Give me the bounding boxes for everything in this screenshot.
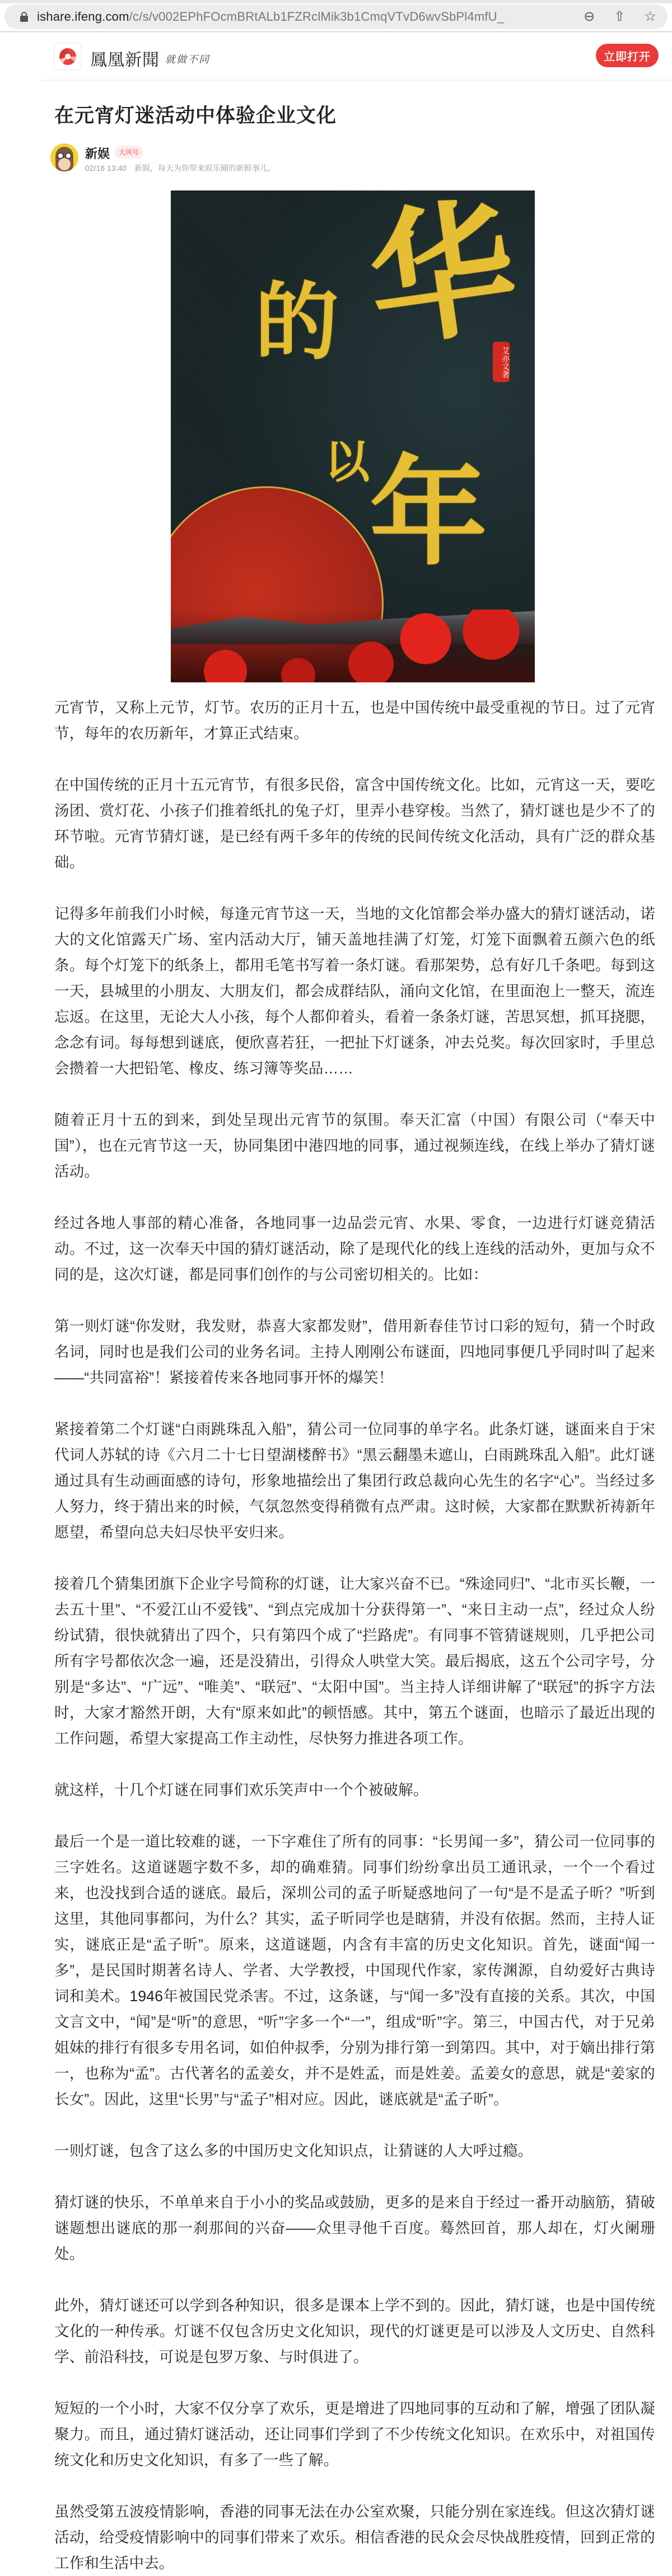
hero-calligraphy-3: 以: [325, 426, 370, 490]
ifeng-logo[interactable]: [54, 43, 82, 71]
paragraph: 短短的一个小时，大家不仅分享了欢乐，更是增进了四地同事的互动和了解，增强了团队凝…: [54, 2396, 655, 2473]
paragraph: 猜灯谜的快乐，不单单来自于小小的奖品或鼓励，更多的是来自于经过一番开动脑筋，猜破…: [54, 2189, 655, 2267]
publish-time: 02/16 13:40: [85, 164, 127, 173]
paragraph: 一则灯谜，包含了这么多的中国历史文化知识点，让猜谜的人大呼过瘾。: [54, 2138, 655, 2164]
article-body: 元宵节，又称上元节，灯节。农历的正月十五，也是中国传统中最受重视的节日。过了元宵…: [54, 695, 655, 2576]
brand-slogan: 就做不同: [165, 52, 210, 66]
phoenix-logo-icon: [59, 48, 76, 65]
open-app-button[interactable]: 立即打开: [596, 44, 659, 67]
author-avatar[interactable]: [50, 143, 78, 171]
hero-calligraphy-1: 华: [360, 192, 525, 357]
brand-name: 鳳凰新聞: [90, 46, 160, 71]
url-text[interactable]: ishare.ifeng.com/c/s/v002EPhFOcmBRtALb1F…: [37, 10, 572, 24]
zoom-out-icon[interactable]: ⊖: [584, 10, 595, 24]
paragraph: 就这样，十几个灯谜在同事们欢乐笑声中一个个被破解。: [54, 1777, 655, 1803]
browser-top-edge: [0, 0, 672, 3]
avatar-eye-right: [65, 152, 72, 159]
article-meta: 02/16 13:40 新娱，每天为你带来娱乐圈的新鲜事儿。: [85, 162, 276, 174]
author-badge: 大风号: [115, 146, 143, 159]
lock-icon: [20, 12, 28, 22]
paragraph: 随着正月十五的到来，到处呈现出元宵节的氛围。奉天汇富（中国）有限公司（“奉天中国…: [54, 1107, 655, 1184]
avatar-eye-left: [57, 152, 64, 159]
poinsettia-flowers: [171, 610, 535, 682]
author-description: 新娱，每天为你带来娱乐圈的新鲜事儿。: [134, 164, 276, 173]
paragraph: 最后一个是一道比较难的谜，一下字难住了所有的同事：“长男闻一多”，猜公司一位同事…: [54, 1829, 655, 2112]
paragraph: 接着几个猜集团旗下企业字号简称的灯谜，让大家兴奋不已。“殊途同归”、“北市买长鞭…: [54, 1571, 655, 1751]
hero-image: 华 的 以 年 艾亦文著: [171, 190, 535, 682]
url-host: ishare.ifeng.com: [37, 10, 129, 24]
share-icon[interactable]: ⇧: [614, 10, 625, 24]
hero-calligraphy-4: 年: [370, 454, 487, 571]
author-info: 新娱 大风号 02/16 13:40 新娱，每天为你带来娱乐圈的新鲜事儿。: [50, 140, 655, 179]
paragraph: 此外，猜灯谜还可以学到各种知识，很多是课本上学不到的。因此，猜灯谜，也是中国传统…: [54, 2293, 655, 2370]
paragraph: 第一则灯谜“你发财，我发财，恭喜大家都发财”，借用新春佳节讨口彩的短句，猜一个时…: [54, 1313, 655, 1391]
hero-calligraphy-2: 的: [255, 280, 339, 364]
bookmark-star-icon[interactable]: ☆: [644, 10, 656, 24]
article: 在元宵灯迷活动中体验企业文化 新娱 大风号 02/16 13:40 新娱，每天为…: [0, 103, 672, 2576]
author-name[interactable]: 新娱: [85, 145, 110, 162]
avatar-muzzle: [58, 158, 71, 170]
paragraph: 经过各地人事部的精心准备，各地同事一边品尝元宵、水果、零食，一边进行灯谜竞猜活动…: [54, 1210, 655, 1287]
paragraph: 紧接着第二个灯谜“白雨跳珠乱入船”，猜公司一位同事的单字名。此条灯谜，谜面来自于…: [54, 1416, 655, 1545]
address-bar-actions: ⊖ ⇧ ☆: [584, 10, 656, 24]
paragraph: 虽然受第五波疫情影响，香港的同事无法在办公室欢聚，只能分别在家连线。但这次猜灯谜…: [54, 2499, 655, 2576]
browser-chrome: ishare.ifeng.com/c/s/v002EPhFOcmBRtALb1F…: [0, 0, 672, 32]
paragraph: 在中国传统的正月十五元宵节，有很多民俗，富含中国传统文化。比如，元宵这一天，要吃…: [54, 772, 655, 875]
site-header: 鳳凰新聞 就做不同 立即打开: [42, 32, 672, 81]
hero-seal: 艾亦文著: [493, 342, 510, 382]
address-bar[interactable]: ishare.ifeng.com/c/s/v002EPhFOcmBRtALb1F…: [4, 4, 668, 29]
article-title: 在元宵灯迷活动中体验企业文化: [54, 103, 655, 129]
paragraph: 元宵节，又称上元节，灯节。农历的正月十五，也是中国传统中最受重视的节日。过了元宵…: [54, 695, 655, 746]
paragraph: 记得多年前我们小时候，每逢元宵节这一天，当地的文化馆都会举办盛大的猜灯谜活动，诺…: [54, 901, 655, 1081]
url-path: /c/s/v002EPhFOcmBRtALb1FZRclMik3b1CmqVTv…: [129, 10, 505, 24]
